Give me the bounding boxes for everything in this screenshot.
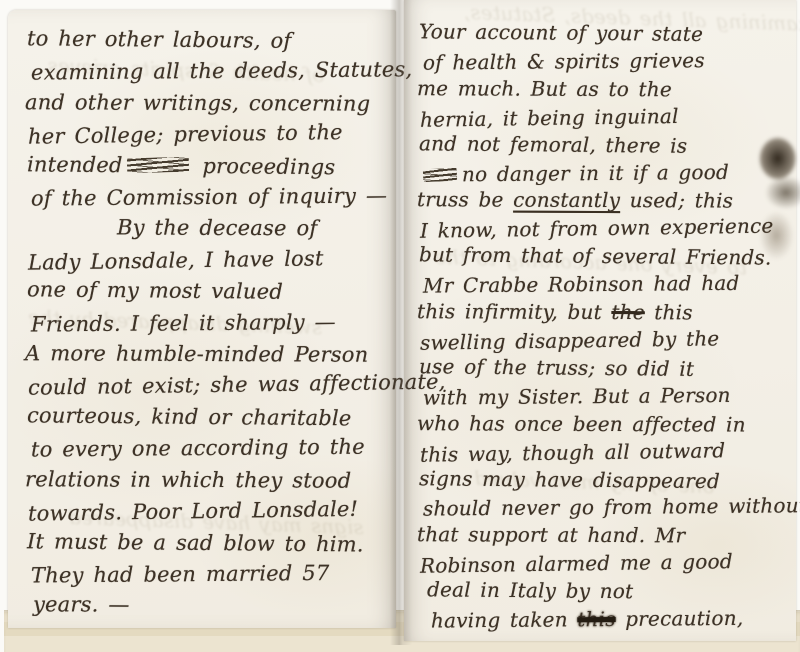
- ink-scribble-deletion: [423, 167, 458, 181]
- line-text: proceedings: [192, 153, 335, 178]
- line-text: used; this: [620, 189, 733, 213]
- manuscript-line: Mr Crabbe Robinson had had: [423, 269, 800, 300]
- underlined-word: constantly: [513, 188, 620, 212]
- ink-scribble-deletion: [126, 156, 188, 173]
- left-page-text: to her other labours, of examining all t…: [8, 10, 396, 622]
- manuscript-line-with-deletion: having taken this precaution,: [431, 604, 800, 635]
- manuscript-line: that support at hand. Mr: [417, 521, 794, 551]
- manuscript-line: courteous, kind or charitable: [27, 400, 394, 435]
- manuscript-line: her College; previous to the: [28, 116, 395, 153]
- manuscript-line: deal in Italy by not: [427, 576, 796, 607]
- manuscript-line: who has once been affected in: [417, 410, 794, 440]
- line-text: precaution,: [616, 606, 744, 631]
- manuscript-line: They had been married 57: [31, 557, 398, 592]
- manuscript-line: relations in which they stood: [25, 464, 392, 497]
- manuscript-line: one of my most valued: [27, 275, 394, 310]
- manuscript-line: use of the truss; so did it: [419, 353, 796, 385]
- manuscript-line: A more humble-minded Person: [25, 338, 392, 371]
- manuscript-line: with my Sister. But a Person: [423, 381, 800, 412]
- manuscript-line: could not exist; she was affectionate,: [28, 368, 395, 405]
- manuscript-line: signs may have disappeared: [419, 465, 796, 497]
- manuscript-line-with-deletion: intended proceedings: [27, 149, 394, 184]
- ink-blot: [738, 126, 800, 274]
- manuscript-line: Your account of your state: [419, 18, 796, 50]
- manuscript-line: Lady Lonsdale, I have lost: [28, 242, 395, 279]
- manuscript-line: years. —: [33, 590, 392, 623]
- letter-page-right: examining all the deeds, Statutes, to ev…: [404, 0, 796, 641]
- manuscript-line: should never go from home without: [423, 493, 800, 524]
- manuscript-line: to every one according to the: [31, 432, 398, 467]
- manuscript-line: It must be a sad blow to him.: [27, 526, 394, 561]
- manuscript-line: and other writings, concerning: [25, 87, 392, 120]
- line-text: this infirmity, but: [417, 299, 612, 324]
- line-text: truss be: [417, 188, 513, 212]
- manuscript-line: swelling disappeared by the: [420, 324, 797, 357]
- manuscript-line: Friends. I feel it sharply —: [31, 306, 398, 341]
- line-text: no danger in it if a good: [462, 159, 729, 185]
- line-text: having taken: [431, 607, 578, 632]
- manuscript-line: this way, though all outward: [420, 436, 797, 469]
- manuscript-line: By the decease of: [117, 213, 392, 246]
- line-text: intended: [27, 152, 123, 177]
- manuscript-line: examining all the deeds, Statutes,: [31, 55, 398, 90]
- scanned-letter: of health & spirits grieves swelling dis…: [0, 0, 800, 652]
- manuscript-line: to her other labours, of: [27, 23, 394, 58]
- manuscript-line: of the Commission of inquiry —: [31, 180, 398, 215]
- struck-word: the: [611, 300, 644, 324]
- manuscript-line: of health & spirits grieves: [423, 46, 800, 77]
- manuscript-line-with-deletion: this infirmity, but the this: [417, 298, 794, 328]
- line-text: this: [645, 300, 693, 324]
- struck-word: this: [577, 607, 616, 631]
- manuscript-line: me much. But as to the: [417, 75, 794, 105]
- manuscript-line: towards. Poor Lord Lonsdale!: [28, 493, 395, 530]
- right-page-text: Your account of your state of health & s…: [404, 0, 796, 634]
- letter-page-left: of health & spirits grieves swelling dis…: [8, 10, 396, 628]
